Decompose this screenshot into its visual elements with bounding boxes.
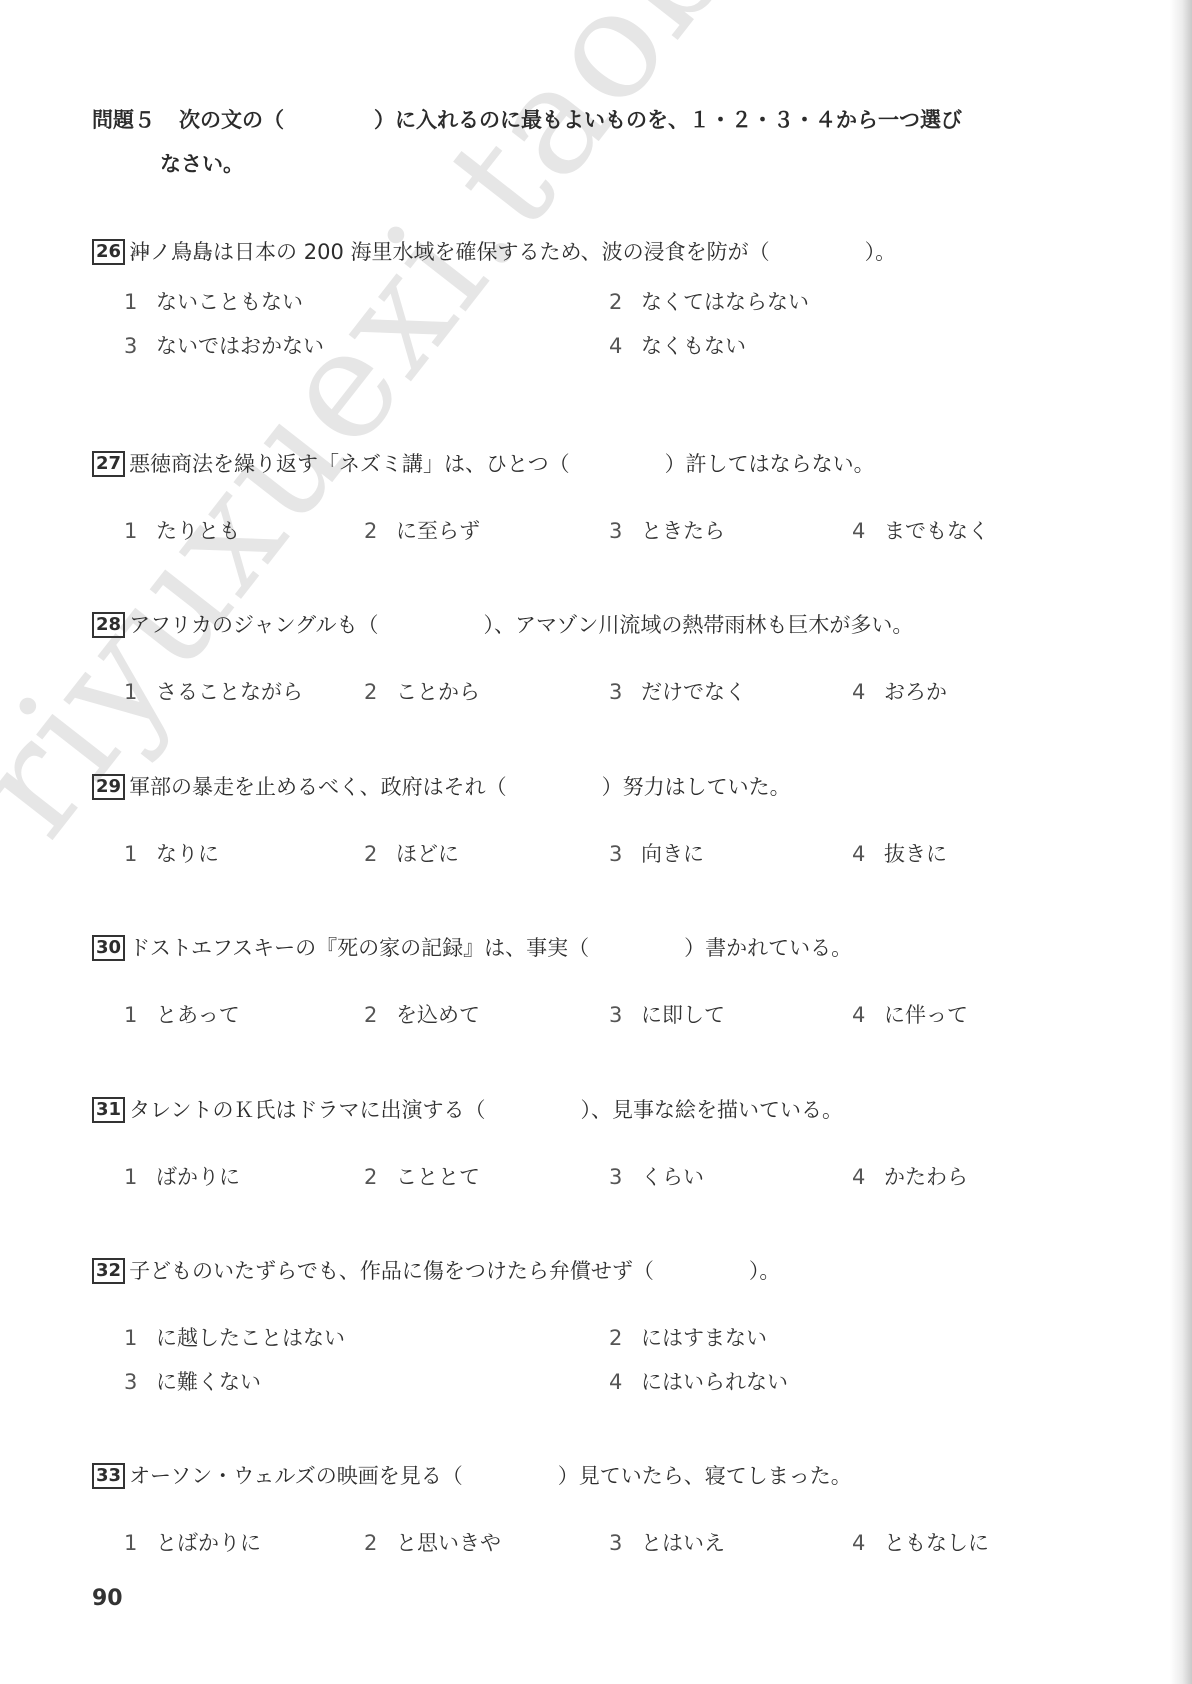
question-number: 28 [92,612,125,638]
option-3[interactable]: 3ときたら [609,515,725,545]
question-stem: アフリカのジャングルも（）、アマゾン川流域の熱帯雨林も巨木が多い。 [129,613,913,637]
option-2[interactable]: 2ことから [364,676,480,706]
question-number: 31 [92,1097,125,1123]
question-stem: タレントのＫ氏はドラマに出演する（）、見事な絵を描いている。 [129,1098,843,1122]
question-26: 26おきとりしま沖ノ鳥島は日本の 200 海里水域を確保するため、波の浸食を防が… [92,236,896,266]
instruction-text-1: 次の文の（ [179,108,284,132]
question-stem: おきとりしま沖ノ鳥島は日本の 200 海里水域を確保するため、波の浸食を防が（）… [129,240,896,264]
question-29: 29軍部の暴走を止めるべく、政府はそれ（）努力はしていた。 [92,771,791,801]
instruction-blank [284,98,374,142]
question-stem: 子どものいたずらでも、作品に傷をつけたら弁償せず（）。 [129,1259,780,1283]
question-28: 28アフリカのジャングルも（）、アマゾン川流域の熱帯雨林も巨木が多い。 [92,609,913,639]
option-2[interactable]: 2と思いきや [364,1527,501,1557]
option-2[interactable]: 2を込めて [364,999,480,1029]
option-1[interactable]: 1ばかりに [124,1161,240,1191]
option-1[interactable]: 1なりに [124,838,219,868]
question-30: 30ドストエフスキーの『死の家の記録』は、事実（）書かれている。 [92,932,852,962]
option-1[interactable]: 1に越したことはない [124,1322,345,1352]
option-1[interactable]: 1たりとも [124,515,240,545]
question-31: 31タレントのＫ氏はドラマに出演する（）、見事な絵を描いている。 [92,1094,843,1124]
option-1[interactable]: 1ないこともない [124,286,303,316]
page-edge-shadow [1170,0,1192,1684]
option-3[interactable]: 3に難くない [124,1366,261,1396]
option-4[interactable]: 4おろか [852,676,947,706]
option-4[interactable]: 4までもなく [852,515,989,545]
option-1[interactable]: 1とばかりに [124,1527,261,1557]
option-2[interactable]: 2にはすまない [609,1322,767,1352]
option-3[interactable]: 3ないではおかない [124,330,324,360]
option-4[interactable]: 4なくもない [609,330,746,360]
instruction-text-3: なさい。 [92,142,1092,186]
question-stem: オーソン・ウェルズの映画を見る（）見ていたら、寝てしまった。 [129,1464,852,1488]
question-number: 27 [92,451,125,477]
option-3[interactable]: 3くらい [609,1161,704,1191]
option-3[interactable]: 3向きに [609,838,704,868]
question-stem: 軍部の暴走を止めるべく、政府はそれ（）努力はしていた。 [129,775,791,799]
option-3[interactable]: 3とはいえ [609,1527,725,1557]
option-3[interactable]: 3に即して [609,999,725,1029]
option-4[interactable]: 4に伴って [852,999,968,1029]
option-4[interactable]: 4ともなしに [852,1527,989,1557]
question-number: 32 [92,1258,125,1284]
question-32: 32子どものいたずらでも、作品に傷をつけたら弁償せず（）。 [92,1255,780,1285]
question-27: 27悪徳商法を繰り返す「ネズミ講」は、ひとつ（）許してはならない。 [92,448,875,478]
question-number: 26 [92,239,125,265]
section-label: 問題５ [92,108,155,132]
option-4[interactable]: 4にはいられない [609,1366,788,1396]
question-number: 33 [92,1463,125,1489]
question-stem: ドストエフスキーの『死の家の記録』は、事実（）書かれている。 [129,936,852,960]
section-instruction: 問題５次の文の（）に入れるのに最もよいものを、１・２・３・４から一つ選び なさい… [92,98,1092,186]
question-number: 29 [92,774,125,800]
question-33: 33オーソン・ウェルズの映画を見る（）見ていたら、寝てしまった。 [92,1460,852,1490]
option-2[interactable]: 2こととて [364,1161,480,1191]
question-number: 30 [92,935,125,961]
page-number: 90 [92,1586,123,1611]
option-1[interactable]: 1とあって [124,999,240,1029]
option-1[interactable]: 1さることながら [124,676,303,706]
option-2[interactable]: 2に至らず [364,515,480,545]
option-2[interactable]: 2なくてはならない [609,286,809,316]
option-4[interactable]: 4抜きに [852,838,947,868]
question-stem: 悪徳商法を繰り返す「ネズミ講」は、ひとつ（）許してはならない。 [129,452,875,476]
option-2[interactable]: 2ほどに [364,838,459,868]
option-4[interactable]: 4かたわら [852,1161,968,1191]
option-3[interactable]: 3だけでなく [609,676,746,706]
instruction-text-2: ）に入れるのに最もよいものを、１・２・３・４から一つ選び [374,108,962,132]
